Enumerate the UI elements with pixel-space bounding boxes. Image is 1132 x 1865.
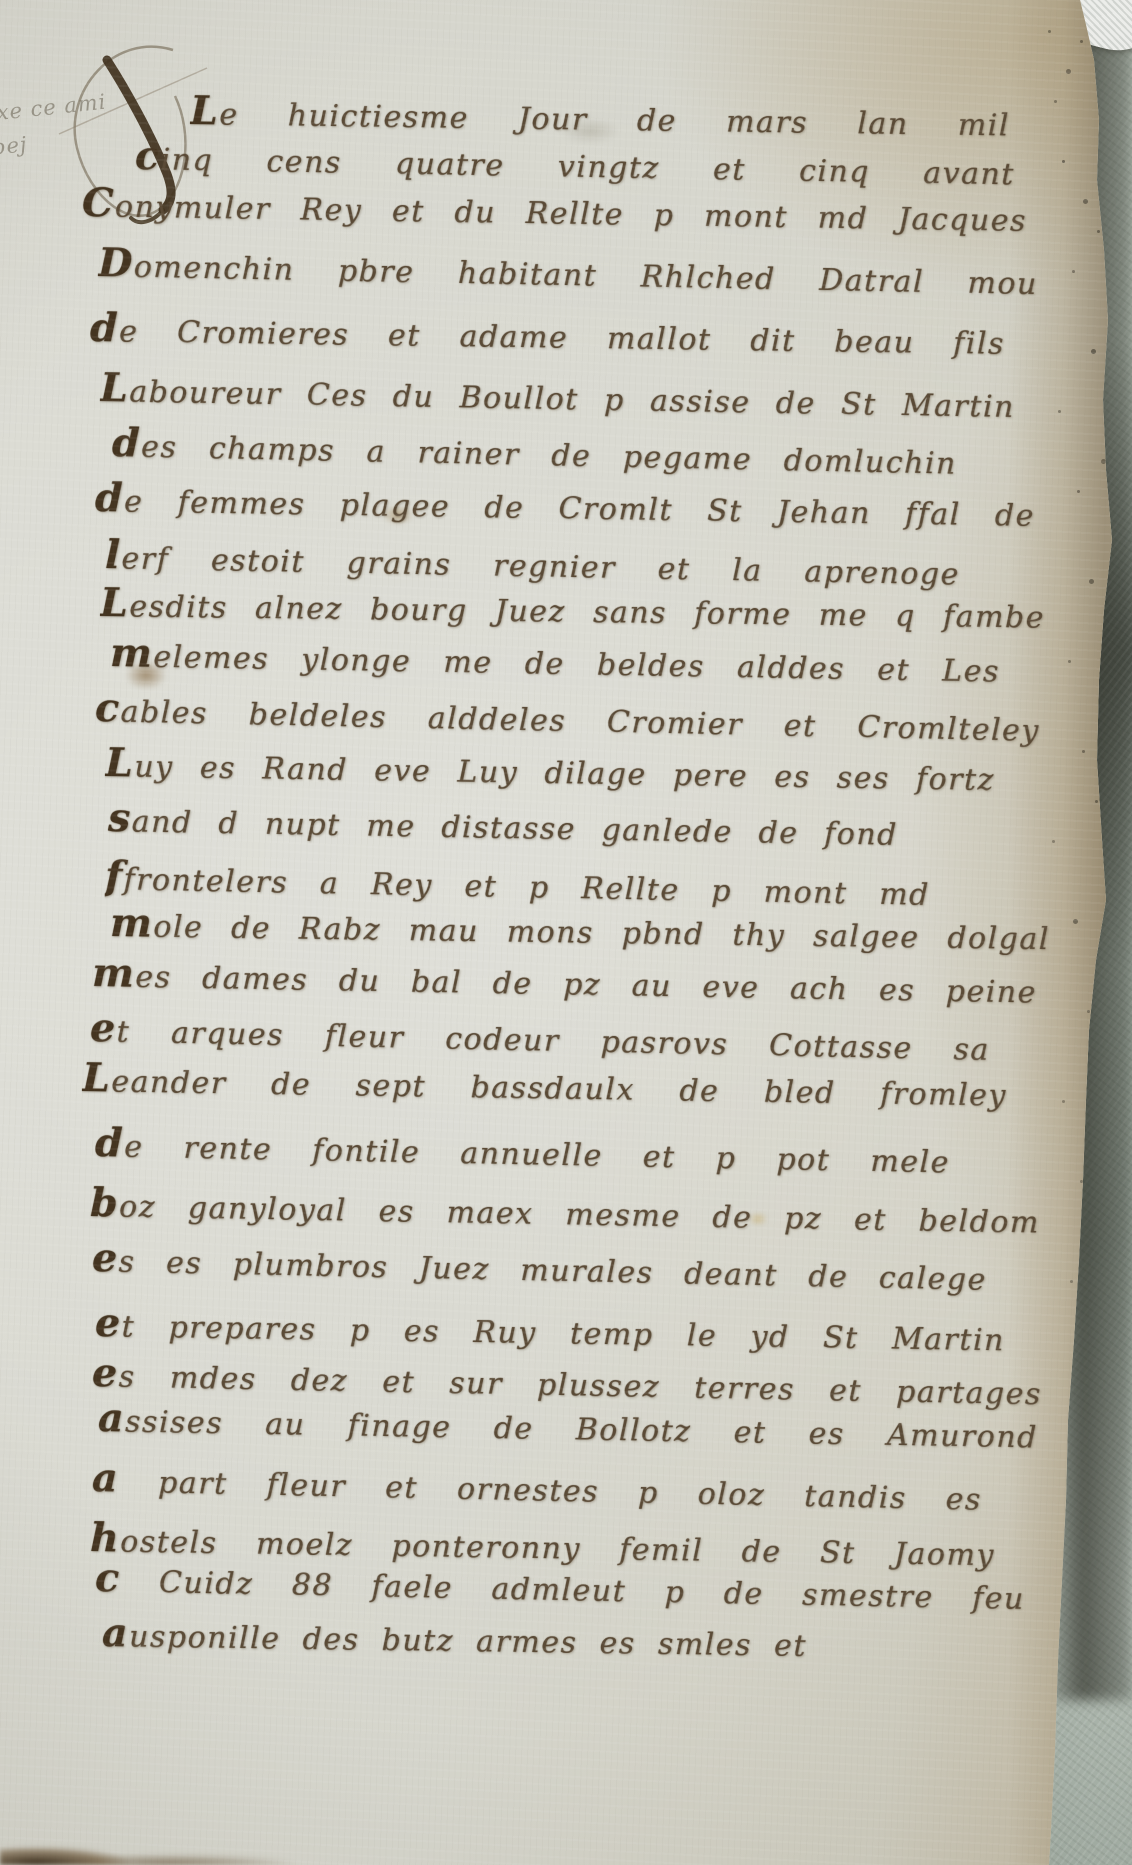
manuscript-line: de Cromieres et adame mallot dit beau fi… (90, 308, 1006, 369)
mold-speckles (1062, 160, 1065, 163)
manuscript-line: mes dames du bal de pz au eve ach es pei… (92, 953, 1038, 1017)
manuscript-line: ausponille des butz armes es smles et (102, 1613, 808, 1671)
manuscript-line: Laboureur Ces du Boullot p assise de St … (100, 368, 1016, 432)
manuscript-line: boz ganyloyal es maex mesme de pz et bel… (90, 1183, 1041, 1248)
manuscript-line: de rente fontile annuelle et p pot mele (95, 1123, 951, 1187)
manuscript-line: Domenchin pbre habitant Rhlched Datral m… (98, 243, 1039, 309)
manuscript-page: uxe ce ami bej Le huictiesme Jour de mar… (0, 0, 1132, 1865)
manuscript-line: Luy es Rand eve Luy dilage pere es ses f… (105, 743, 996, 805)
manuscript-line: a part fleur et ornestes p oloz tandis e… (91, 1458, 982, 1525)
manuscript-line: melemes ylonge me de beldes alddes et Le… (110, 633, 1001, 697)
manuscript-line: es es plumbros Juez murales deant de cal… (91, 1238, 987, 1305)
photograph-of-manuscript: { "margin_note": { "lines": ["uxe ce ami… (0, 0, 1132, 1865)
manuscript-line: sand d nupt me distasse ganlede de fond (108, 798, 899, 860)
burn-stain (0, 1835, 300, 1865)
manuscript-line: Lesdits alnez bourg Juez sans forme me q… (100, 583, 1046, 643)
margin-note-line: bej (0, 132, 29, 160)
manuscript-line: des champs a rainer de pegame domluchin (111, 423, 957, 489)
